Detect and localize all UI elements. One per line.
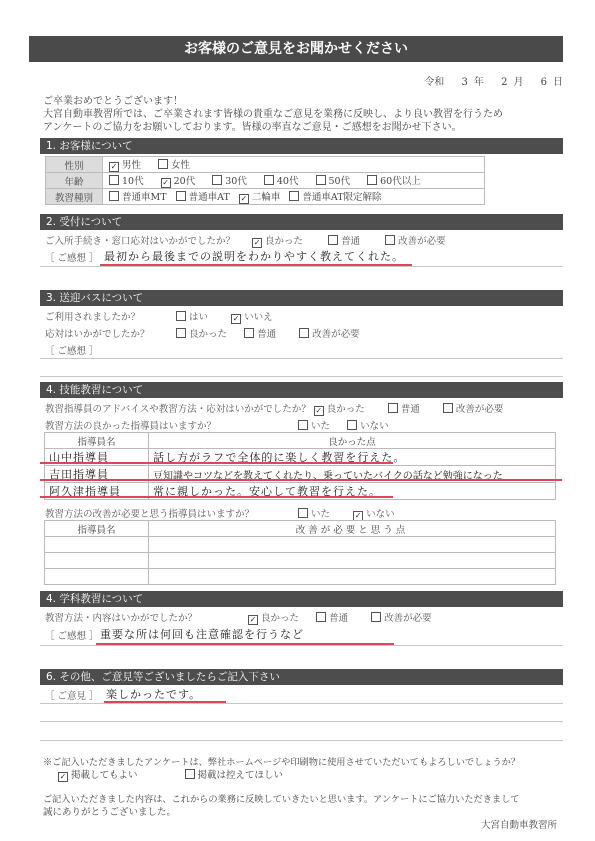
option-label: 改善が必要 (398, 236, 446, 247)
reception-comment[interactable]: 最初から最後までの説明をわかりやすく教えてくれた。 (104, 248, 404, 264)
organization-name: 大宮自動車教習所 (481, 817, 557, 831)
divider (40, 358, 563, 359)
question-text: 応対はいかがでしたか？ (45, 326, 173, 340)
column-header: 指導員名 (45, 433, 149, 449)
option-label: いない (366, 509, 395, 520)
date-year[interactable]: 3 (462, 77, 468, 88)
question-text: 教習方法・内容はいかがでしたか？ (45, 610, 245, 624)
table-header: 指導員名 改善が必要と思う点 (45, 521, 556, 537)
checkbox-icon[interactable] (289, 191, 299, 201)
option-yes[interactable]: いた (298, 421, 330, 432)
option-label: 良かった (261, 613, 299, 624)
option-label: 30代 (225, 176, 247, 187)
checkbox-icon[interactable] (212, 175, 222, 185)
improve-instructor-table: 指導員名 改善が必要と思う点 (44, 520, 556, 585)
checkbox-checked-icon[interactable]: ✓ (239, 194, 249, 204)
option-label: 改善が必要 (384, 613, 432, 624)
checkbox-icon[interactable] (298, 420, 308, 430)
option-at-limit-release[interactable]: 普通車AT限定解除 (289, 192, 381, 203)
option-60s-plus[interactable]: 60代以上 (367, 176, 421, 187)
section-header-shuttle-bus: 3. 送迎バスについて (40, 290, 563, 306)
divider (40, 703, 563, 704)
intro-text: ご卒業おめでとうございます！ 大宮自動車教習所では、ご卒業されます皆様の貴重なご… (43, 95, 563, 134)
instructor-name[interactable] (45, 553, 149, 569)
option-good[interactable]: ✓良かった (314, 404, 365, 415)
date-month[interactable]: 2 (501, 77, 507, 88)
option-publish-ok[interactable]: ✓掲載してもよい (58, 770, 138, 781)
consent-question: ※ご記入いただきましたアンケートは、弊社ホームページや印刷物に使用させていただい… (43, 754, 520, 768)
checkbox-icon[interactable] (109, 175, 119, 185)
column-header: 良かった点 (149, 433, 556, 449)
checkbox-checked-icon[interactable]: ✓ (252, 238, 262, 248)
section-header-other: 6. その他、ご意見等ございましたらご記入下さい (40, 669, 563, 685)
form-title: お客様のご意見をお聞かせください (29, 36, 563, 62)
column-header: 指導員名 (45, 521, 149, 537)
option-normal[interactable]: 普通 (328, 236, 360, 247)
option-label: 普通 (341, 236, 360, 247)
checkbox-checked-icon[interactable]: ✓ (231, 314, 241, 324)
option-male[interactable]: ✓男性 (109, 160, 141, 171)
option-label: 掲載は控えてほしい (198, 770, 284, 781)
bus-used-row: ご利用されましたか？ はい ✓いいえ (45, 309, 273, 324)
option-needs-improvement[interactable]: 改善が必要 (299, 329, 360, 340)
option-no[interactable]: ✓いない (353, 509, 395, 520)
underline-marker (40, 496, 393, 498)
question-text: ご利用されましたか？ (45, 309, 173, 323)
question-text: 教習方法の改善が必要と思う指導員はいますか？ (45, 506, 295, 520)
checkbox-icon[interactable] (176, 328, 186, 338)
good-instructor-table: 指導員名 良かった点 山中指導員 話し方がラフで全体的に楽しく教習を行えた。 吉… (44, 432, 556, 500)
option-needs-improvement[interactable]: 改善が必要 (443, 404, 504, 415)
classroom-comment[interactable]: 重要な所は何回も注意確認を行うなど (100, 626, 304, 642)
checkbox-icon[interactable] (316, 175, 326, 185)
option-label: 20代 (174, 176, 196, 187)
day-label: 日 (553, 77, 563, 88)
option-20s[interactable]: ✓20代 (161, 176, 196, 187)
option-normal[interactable]: 普通 (316, 613, 348, 624)
divider (40, 376, 563, 377)
checkbox-icon[interactable] (158, 159, 168, 169)
checkbox-icon[interactable] (367, 175, 377, 185)
option-label: 普通車AT (189, 192, 230, 203)
divider (40, 740, 563, 741)
option-label: 男性 (122, 160, 141, 171)
checkbox-icon[interactable] (328, 235, 338, 245)
option-label: 10代 (122, 176, 144, 187)
question-text: 教習方法の良かった指導員はいますか？ (45, 418, 295, 432)
year-label: 年 (474, 77, 484, 88)
checkbox-icon[interactable] (385, 235, 395, 245)
option-no[interactable]: いない (347, 421, 389, 432)
checkbox-icon[interactable] (109, 191, 119, 201)
course-type-row: 教習種別 普通車MT 普通車AT ✓二輪車 普通車AT限定解除 (46, 189, 485, 205)
reception-question-row: ご入所手続き・窓口応対はいかがでしたか？ ✓良かった 普通 改善が必要 (45, 233, 446, 248)
option-normal[interactable]: 普通 (388, 404, 420, 415)
consent-options: ✓掲載してもよい 掲載は控えてほしい (58, 767, 283, 782)
option-label: 改善が必要 (312, 329, 360, 340)
course-type-label: 教習種別 (46, 189, 103, 205)
question-text: 教習指導員のアドバイスや教習方法・応対はいかがでしたか？ (45, 404, 311, 415)
intro-line: 大宮自動車教習所では、ご卒業されます皆様の貴重なご意見を業務に反映し、より良い教… (43, 108, 563, 121)
checkbox-icon[interactable] (347, 420, 357, 430)
question-text: ご入所手続き・窓口応対はいかがでしたか？ (45, 236, 235, 247)
good-instructor-row: 教習方法の良かった指導員はいますか？ いた いない (45, 418, 389, 432)
checkbox-icon[interactable] (264, 175, 274, 185)
checkbox-icon[interactable] (244, 328, 254, 338)
option-10s[interactable]: 10代 (109, 176, 144, 187)
divider (40, 645, 563, 646)
option-yes[interactable]: はい (176, 312, 208, 323)
comment-label: ［ ご感想 ］ (45, 250, 99, 264)
comment-label: ［ ご意見 ］ (45, 688, 99, 702)
divider (40, 266, 563, 267)
customer-info-table: 性別 ✓男性 女性 年齢 10代 ✓20代 30代 40代 50代 60代以上 … (45, 156, 485, 205)
date-day[interactable]: 6 (541, 77, 547, 88)
option-label: 60代以上 (380, 176, 421, 187)
other-comment[interactable]: 楽しかったです。 (106, 686, 201, 702)
improve-point[interactable] (149, 553, 556, 569)
option-needs-improvement[interactable]: 改善が必要 (385, 236, 446, 247)
bus-service-row: 応対はいかがでしたか？ 良かった 普通 改善が必要 (45, 326, 360, 340)
option-good[interactable]: 良かった (176, 329, 227, 340)
checkbox-checked-icon[interactable]: ✓ (109, 162, 119, 172)
option-30s[interactable]: 30代 (212, 176, 247, 187)
thanks-line: 誠にありがとうございました。 (43, 804, 176, 818)
option-needs-improvement[interactable]: 改善が必要 (371, 613, 432, 624)
option-label: 掲載してもよい (71, 770, 138, 781)
option-label: 良かった (327, 404, 365, 415)
section-header-customer: 1. お客様について (40, 138, 563, 154)
option-label: 50代 (329, 176, 351, 187)
section-header-driving-lessons: 4. 技能教習について (40, 382, 563, 398)
underline-marker (40, 479, 562, 481)
intro-line: ご卒業おめでとうございます！ (43, 95, 563, 108)
option-label: 普通 (401, 404, 420, 415)
gender-label: 性別 (46, 157, 103, 173)
checkbox-icon[interactable] (298, 508, 308, 518)
option-label: いいえ (244, 312, 273, 323)
intro-line: アンケートのご協力をお願いしております。皆様の率直なご意見・ご感想をお聞かせ下さ… (43, 121, 563, 134)
checkbox-icon[interactable] (185, 769, 195, 779)
option-label: いない (360, 421, 389, 432)
option-label: 良かった (189, 329, 227, 340)
option-good[interactable]: ✓良かった (252, 236, 303, 247)
option-mt[interactable]: 普通車MT (109, 192, 167, 203)
checkbox-icon[interactable] (176, 311, 186, 321)
option-40s[interactable]: 40代 (264, 176, 299, 187)
option-female[interactable]: 女性 (158, 160, 190, 171)
table-header: 指導員名 良かった点 (45, 433, 556, 449)
section-header-classroom: 4. 学科教習について (40, 591, 563, 607)
option-motorcycle[interactable]: ✓二輪車 (239, 192, 281, 203)
divider (40, 721, 563, 722)
section-header-reception: 2. 受付について (40, 214, 563, 230)
checkbox-icon[interactable] (316, 612, 326, 622)
checkbox-checked-icon[interactable]: ✓ (314, 406, 324, 416)
table-row (45, 553, 556, 569)
instructor-name[interactable] (45, 537, 149, 553)
age-row: 年齢 10代 ✓20代 30代 40代 50代 60代以上 (46, 173, 485, 189)
comment-label: ［ ご感想 ］ (45, 343, 99, 357)
option-label: 普通 (329, 613, 348, 624)
option-label: 二輪車 (252, 192, 281, 203)
option-label: 40代 (277, 176, 299, 187)
option-label: はい (189, 312, 208, 323)
option-label: 普通車MT (122, 192, 167, 203)
option-good[interactable]: ✓良かった (248, 613, 299, 624)
checkbox-checked-icon[interactable]: ✓ (58, 772, 68, 782)
checkbox-icon[interactable] (388, 403, 398, 413)
improve-instructor-row: 教習方法の改善が必要と思う指導員はいますか？ いた ✓いない (45, 506, 395, 521)
option-no[interactable]: ✓いいえ (231, 312, 273, 323)
instructor-name[interactable] (45, 569, 149, 585)
table-row (45, 537, 556, 553)
checkbox-icon[interactable] (176, 191, 186, 201)
comment-label: ［ ご感想 ］ (45, 628, 99, 642)
option-label: いた (311, 509, 330, 520)
improve-point[interactable] (149, 537, 556, 553)
option-at[interactable]: 普通車AT (176, 192, 230, 203)
option-label: 女性 (171, 160, 190, 171)
month-label: 月 (513, 77, 523, 88)
option-label: 改善が必要 (456, 404, 504, 415)
option-label: いた (311, 421, 330, 432)
option-label: 普通車AT限定解除 (302, 192, 381, 203)
option-label: 良かった (265, 236, 303, 247)
instructor-rating-row: 教習指導員のアドバイスや教習方法・応対はいかがでしたか？ ✓良かった 普通 改善… (45, 401, 503, 416)
table-row (45, 569, 556, 585)
option-50s[interactable]: 50代 (316, 176, 351, 187)
date-era: 令和 (424, 77, 444, 88)
column-header: 改善が必要と思う点 (149, 521, 556, 537)
checkbox-icon[interactable] (299, 328, 309, 338)
improve-point[interactable] (149, 569, 556, 585)
underline-marker (40, 462, 393, 464)
age-label: 年齢 (46, 173, 103, 189)
option-label: 普通 (257, 329, 276, 340)
option-yes[interactable]: いた (298, 509, 330, 520)
date: 令和 3年 2月 6日 (410, 73, 563, 88)
option-publish-decline[interactable]: 掲載は控えてほしい (185, 770, 284, 781)
checkbox-checked-icon[interactable]: ✓ (248, 615, 258, 625)
checkbox-icon[interactable] (371, 612, 381, 622)
thanks-line: ご記入いただきました内容は、これからの業務に反映していきたいと思います。アンケー… (43, 791, 519, 805)
gender-row: 性別 ✓男性 女性 (46, 157, 485, 173)
option-normal[interactable]: 普通 (244, 329, 276, 340)
checkbox-checked-icon[interactable]: ✓ (161, 178, 171, 188)
checkbox-icon[interactable] (443, 403, 453, 413)
classroom-rating-row: 教習方法・内容はいかがでしたか？ ✓良かった 普通 改善が必要 (45, 610, 432, 625)
